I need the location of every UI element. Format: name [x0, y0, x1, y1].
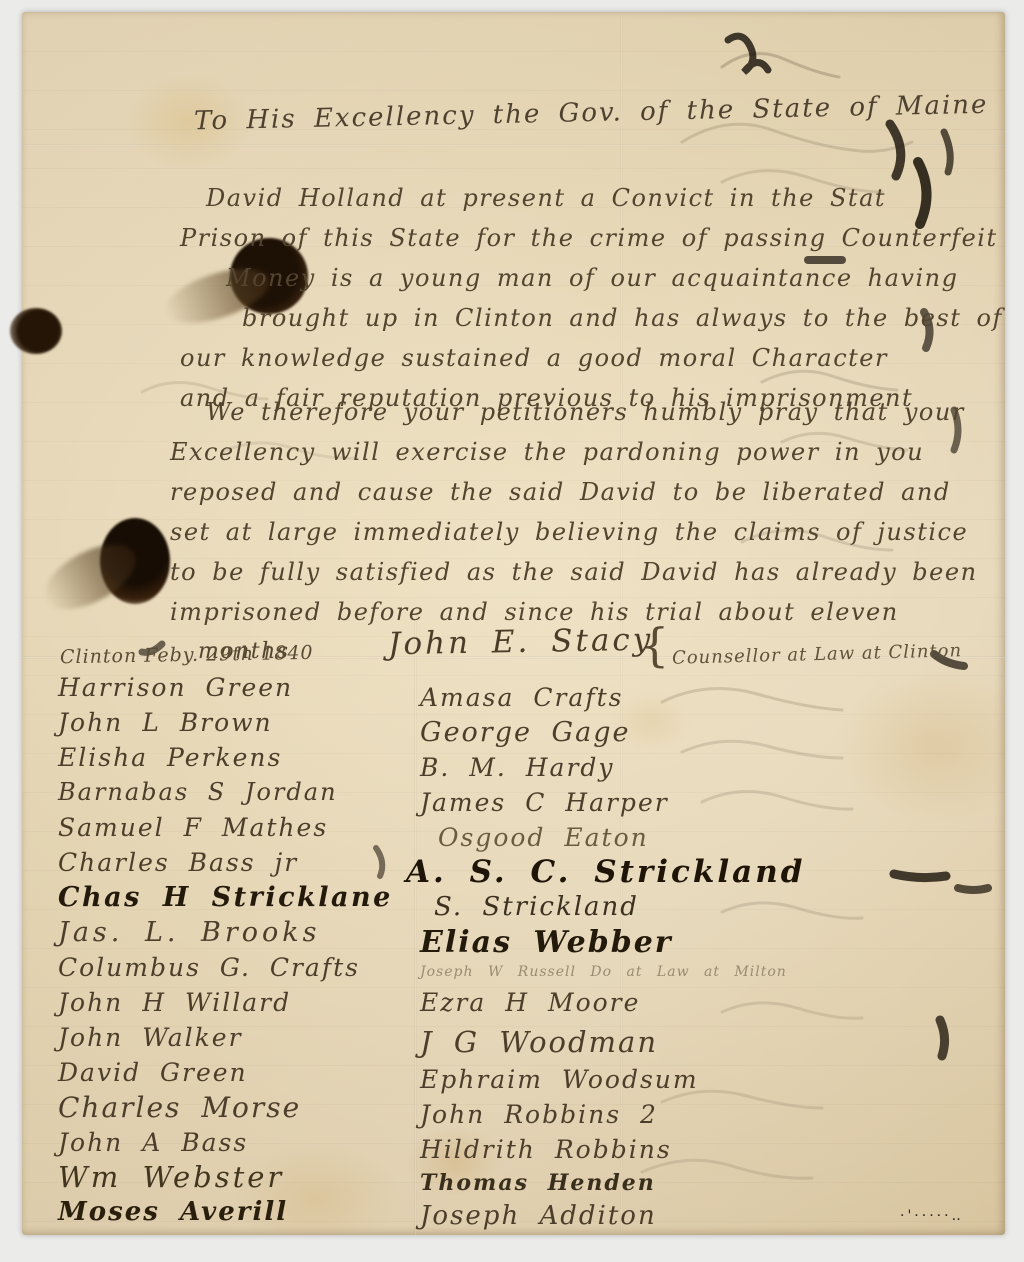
signature: Chas H Stricklane [58, 880, 418, 915]
brace-mark: { [640, 618, 669, 672]
signature: Charles Bass jr [58, 845, 418, 880]
manuscript-paper: To His Excellency the Gov. of the State … [22, 12, 1005, 1235]
signature: Elias Webber [420, 925, 1020, 960]
signature: Harrison Green [58, 670, 418, 705]
scanned-petition-page: { "document": { "title": "To His Excelle… [0, 0, 1024, 1262]
body-line: set at large immediately believing the c… [170, 512, 1010, 552]
ink-blot [10, 308, 62, 354]
body-line: Excellency will exercise the pardoning p… [170, 432, 1010, 472]
signature: James C Harper [420, 785, 1020, 820]
signature: Joseph W Russell Do at Law at Milton [420, 960, 1020, 984]
signature: B. M. Hardy [420, 750, 1020, 785]
signature: David Green [58, 1055, 418, 1090]
signature: Osgood Eaton [438, 820, 1020, 855]
signature: Hildrith Robbins [420, 1132, 1020, 1167]
signature: Elisha Perkens [58, 740, 418, 775]
signature: Ephraim Woodsum [420, 1062, 1020, 1097]
signature: Thomas Henden [420, 1167, 1020, 1199]
signature: George Gage [420, 715, 1020, 750]
body-line: Prison of this State for the crime of pa… [180, 218, 1010, 258]
place-date: Clinton Feby. 29th 1840 [60, 642, 314, 668]
signature-column-right: Amasa CraftsGeorge GageB. M. HardyJames … [420, 680, 1020, 1234]
signature: John Robbins 2 [420, 1097, 1020, 1132]
signature: Barnabas S Jordan [58, 775, 418, 810]
body-line: Money is a young man of our acquaintance… [180, 258, 1010, 298]
signature: Samuel F Mathes [58, 810, 418, 845]
signature: John L Brown [58, 705, 418, 740]
dotted-ink-mark: ·'·····‥ [900, 1208, 964, 1224]
fold-crease-horizontal [22, 144, 1005, 147]
signature: S. Strickland [434, 890, 1020, 925]
signature: J G Woodman [420, 1022, 1020, 1062]
body-line: to be fully satisfied as the said David … [170, 552, 1010, 592]
signature: Wm Webster [58, 1160, 418, 1195]
signature: John H Willard [58, 985, 418, 1020]
counsellor-signature: John E. Stacy [388, 622, 654, 663]
signature: John A Bass [58, 1125, 418, 1160]
body-line: our knowledge sustained a good moral Cha… [180, 338, 1010, 378]
body-line: reposed and cause the said David to be l… [170, 472, 1010, 512]
signature-column-left: Harrison GreenJohn L BrownElisha Perkens… [58, 670, 418, 1230]
signature: Charles Morse [58, 1090, 418, 1125]
signature: Jas. L. Brooks [58, 915, 418, 950]
petition-title: To His Excellency the Gov. of the State … [194, 90, 994, 137]
signature: Columbus G. Crafts [58, 950, 418, 985]
signature: Moses Averill [58, 1195, 418, 1230]
signature: A. S. C. Strickland [406, 855, 1020, 890]
body-line: David Holland at present a Convict in th… [180, 178, 1010, 218]
signature: John Walker [58, 1020, 418, 1055]
body-line: We therefore your petitioners humbly pra… [170, 392, 1010, 432]
signature: Amasa Crafts [420, 680, 1020, 715]
petition-paragraph-1: David Holland at present a Convict in th… [180, 178, 1010, 418]
body-line: brought up in Clinton and has always to … [180, 298, 1010, 338]
signature: Ezra H Moore [420, 984, 1020, 1022]
